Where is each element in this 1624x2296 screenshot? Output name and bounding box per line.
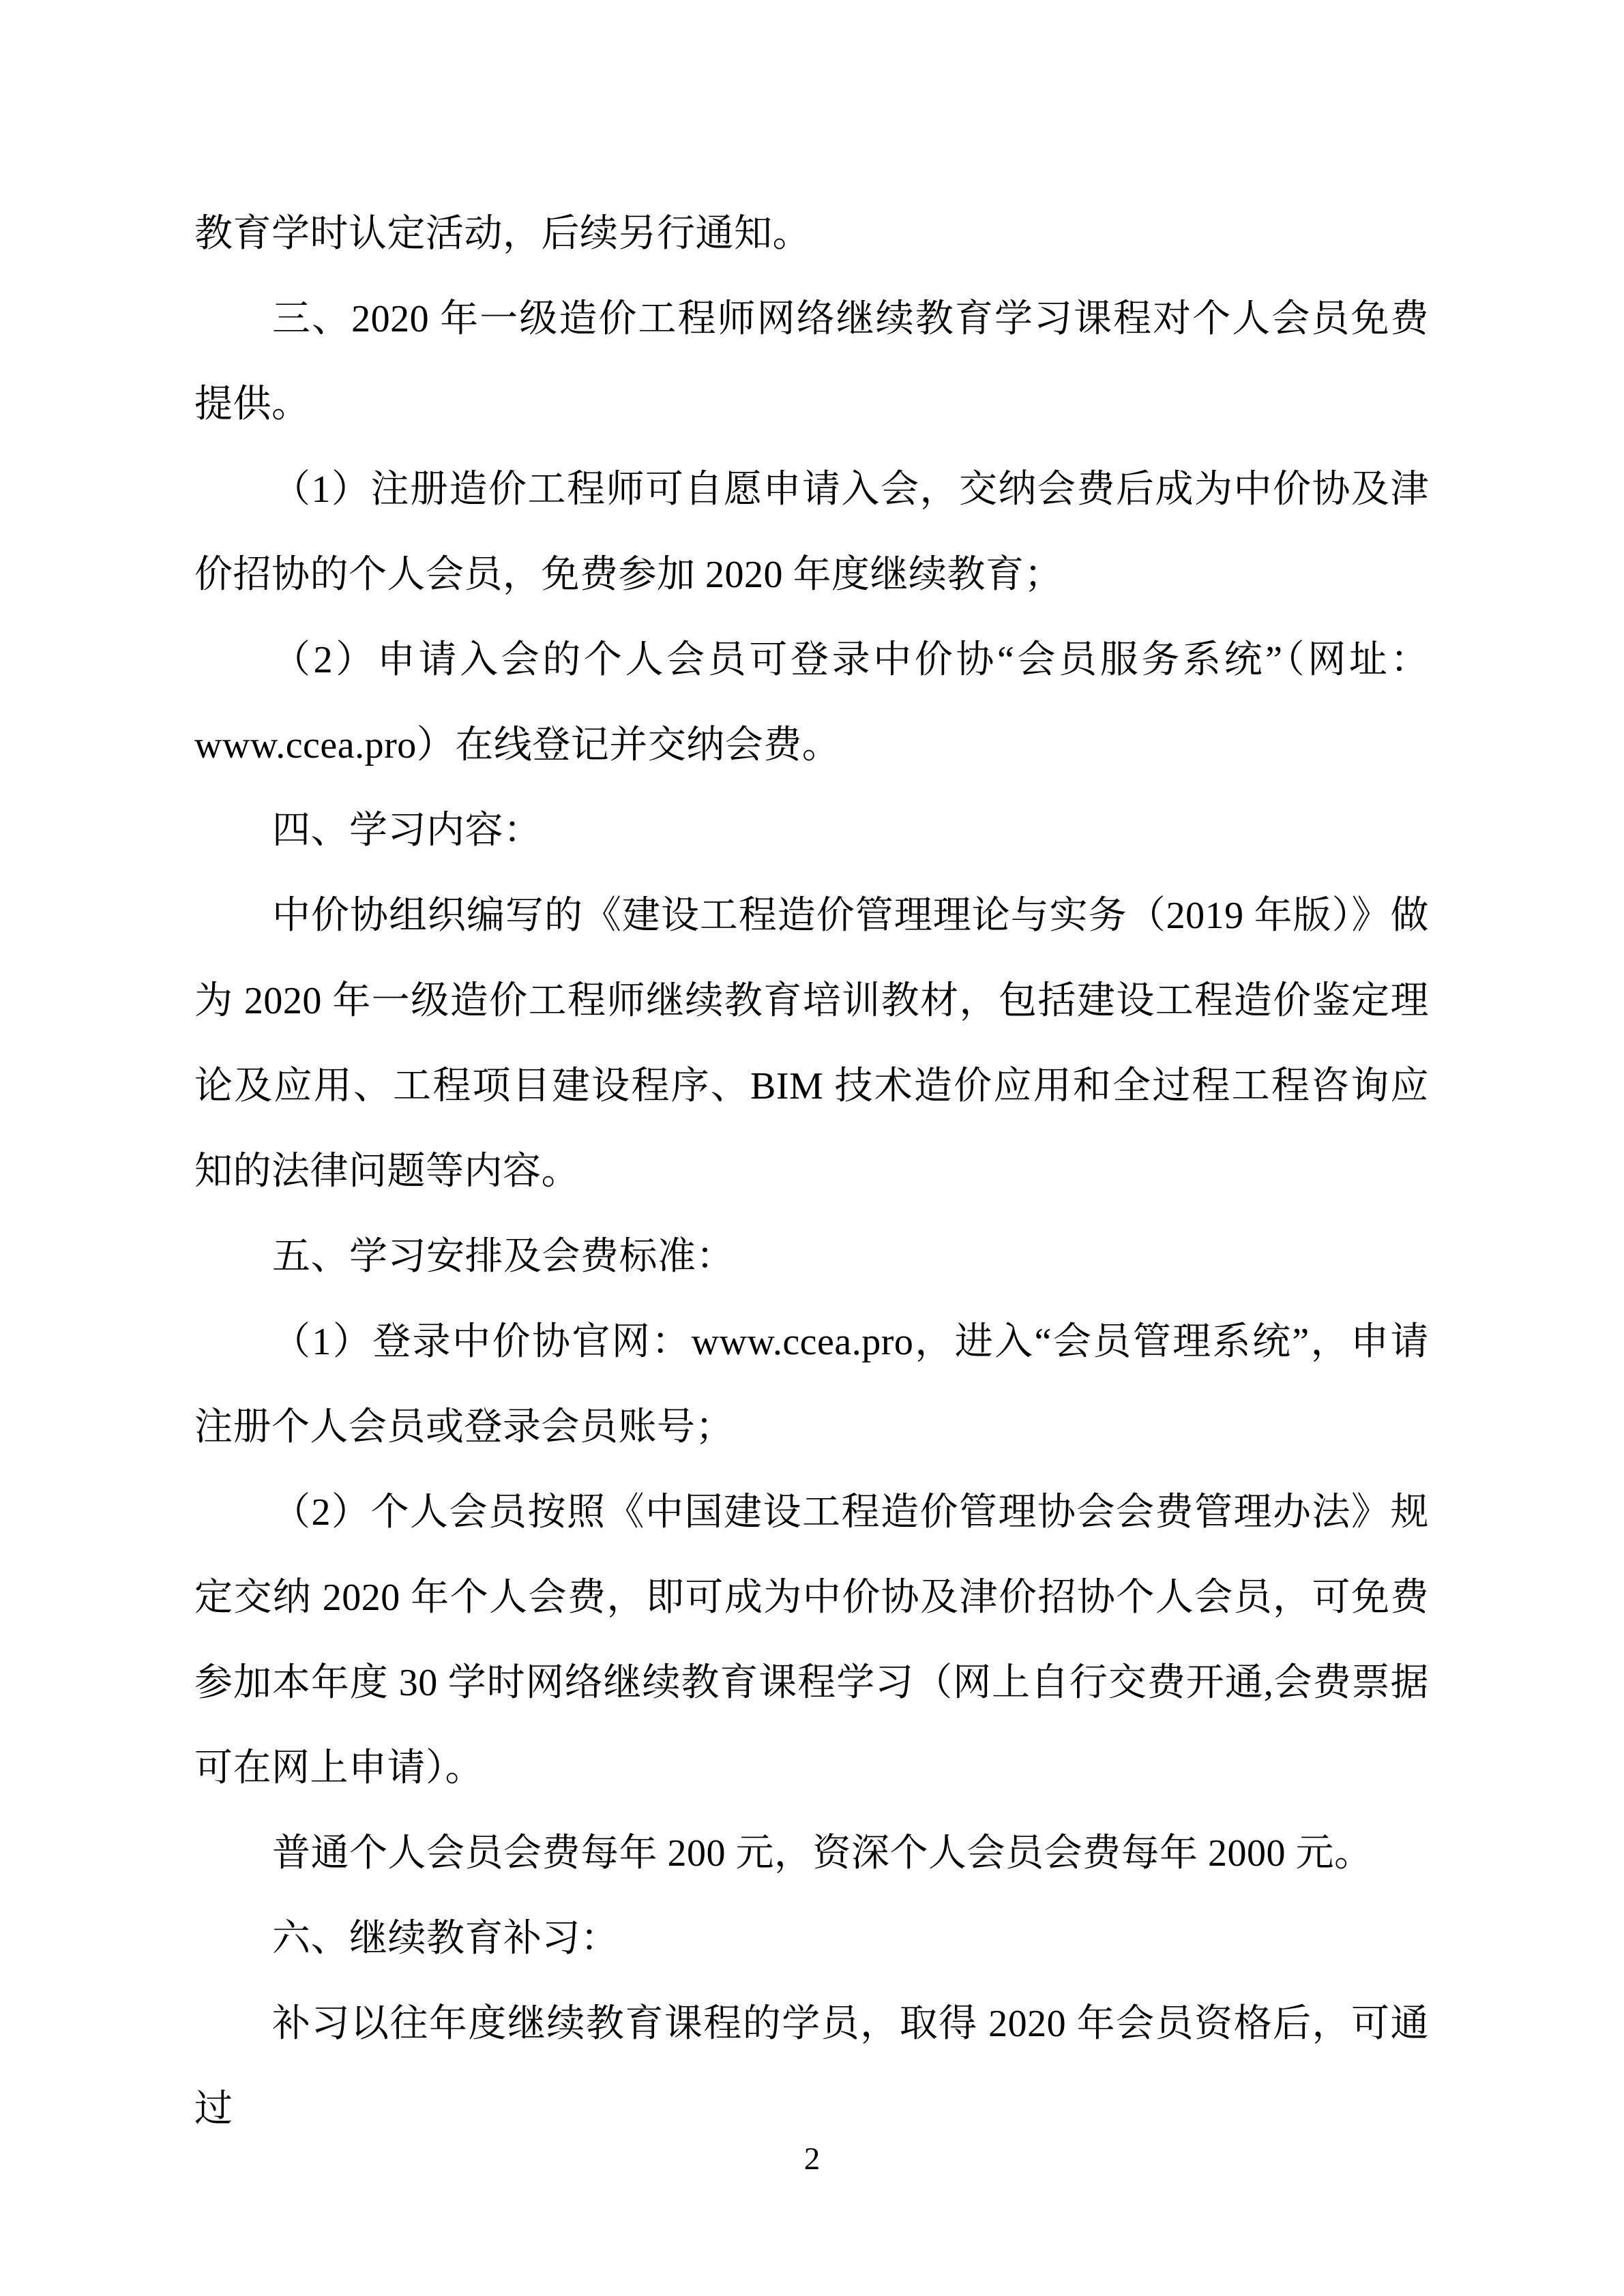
paragraph-5-heading: 四、学习内容： — [194, 788, 1429, 874]
paragraph-12: 补习以往年度继续教育课程的学员，取得 2020 年会员资格后，可通过 — [194, 1982, 1429, 2152]
paragraph-4: （2）申请入会的个人会员可登录中价协“会员服务系统”（网址：www.ccea.p… — [194, 618, 1429, 788]
paragraph-8: （1）登录中价协官网：www.ccea.pro，进入“会员管理系统”，申请注册个… — [194, 1300, 1429, 1470]
paragraph-9: （2）个人会员按照《中国建设工程造价管理协会会费管理办法》规定交纳 2020 年… — [194, 1470, 1429, 1811]
document-page: 教育学时认定活动，后续另行通知。 三、2020 年一级造价工程师网络继续教育学习… — [0, 0, 1624, 2296]
paragraph-6: 中价协组织编写的《建设工程造价管理理论与实务（2019 年版）》做为 2020 … — [194, 874, 1429, 1214]
paragraph-7-heading: 五、学习安排及会费标准： — [194, 1214, 1429, 1300]
page-number: 2 — [0, 2140, 1624, 2178]
paragraph-1: 教育学时认定活动，后续另行通知。 — [194, 192, 1429, 277]
paragraph-10: 普通个人会员会费每年 200 元，资深个人会员会费每年 2000 元。 — [194, 1811, 1429, 1896]
paragraph-11-heading: 六、继续教育补习： — [194, 1896, 1429, 1982]
paragraph-2: 三、2020 年一级造价工程师网络继续教育学习课程对个人会员免费提供。 — [194, 277, 1429, 447]
paragraph-3: （1）注册造价工程师可自愿申请入会，交纳会费后成为中价协及津价招协的个人会员，免… — [194, 447, 1429, 618]
document-body: 教育学时认定活动，后续另行通知。 三、2020 年一级造价工程师网络继续教育学习… — [194, 192, 1429, 2152]
